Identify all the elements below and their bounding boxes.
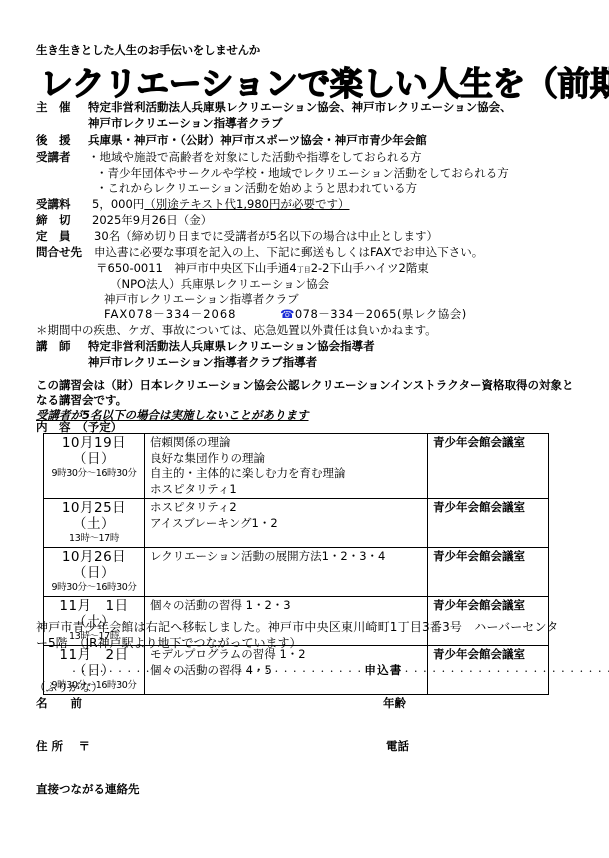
session-date: 10月19日（日）	[49, 435, 139, 467]
session-time: 9時30分～16時30分	[49, 581, 139, 595]
deadline-row: 締 切2025年9月26日（金）	[36, 213, 212, 228]
table-row: 10月26日（日） 9時30分～16時30分 レクリエーション活動の展開方法1・…	[44, 548, 549, 597]
date-cell: 10月25日（土） 13時～17時	[44, 499, 145, 548]
date-cell: 10月26日（日） 9時30分～16時30分	[44, 548, 145, 597]
age-label: 年齢	[383, 696, 406, 711]
support-row: 後 援兵庫県・神戸市・（公財）神戸市スポーツ協会・神戸市青少年会館	[36, 133, 427, 148]
topic: 個々の活動の習得 1・2・3	[150, 598, 422, 614]
address-part-1: 〒650-0011 神戸市中央区下山手通4	[96, 261, 297, 275]
session-time: 13時～17時	[49, 532, 139, 546]
organizer-text: 特定非営利活動法人兵庫県レクリエーション協会、神戸市レクリエーション協会、	[88, 100, 512, 114]
form-heading: 申込書	[364, 663, 402, 677]
direct-contact-label: 直接つながる連絡先	[36, 782, 140, 797]
fee-note: （別途テキスト代1,980円が必要です）	[144, 197, 349, 211]
instructor-label: 講 師	[36, 339, 88, 354]
place-cell: 青少年会館会議室	[428, 434, 549, 499]
audience-item-3: ・これからレクリエーション活動を始めようと思われている方	[96, 181, 417, 196]
topic: 自主的・主体的に楽しむ力を育む理論	[150, 466, 422, 482]
relocation-line-2: ー5階 （JR神戸駅より地下でつながっています）	[36, 636, 302, 651]
capacity-text: 30名（締め切り日までに受講者が5名以下の場合は中止とします）	[94, 229, 438, 243]
phone-label: 電話	[386, 739, 409, 754]
table-row: 10月19日（日） 9時30分～16時30分 信頼関係の理論 良好な集団作りの理…	[44, 434, 549, 499]
instructor-text: 特定非営利活動法人兵庫県レクリエーション協会指導者	[88, 339, 375, 353]
session-date: 10月26日（日）	[49, 549, 139, 581]
capacity-row: 定 員30名（締め切り日までに受講者が5名以下の場合は中止とします）	[36, 229, 438, 244]
contact-org-2: 神戸市レクリエーション指導者クラブ	[104, 292, 299, 307]
session-date: 10月25日（土）	[49, 500, 139, 532]
deadline-text: 2025年9月26日（金）	[92, 213, 212, 227]
session-time: 9時30分～16時30分	[49, 467, 139, 481]
audience-item-2: ・青少年団体やサークルや学校・地域でレクリエーション活動をしておられる方	[96, 166, 509, 181]
contact-org-1: （NPO法人）兵庫県レクリエーション協会	[110, 277, 329, 292]
audience-row: 受講者・地域や施設で高齢者を対象にした活動や指導をしておられる方	[36, 150, 422, 165]
notice-line-1: この講習会は（財）日本レクリエーション協会公認レクリエーションインストラクター資…	[36, 378, 574, 393]
relocation-line-1: 神戸市青少年会館は右記へ移転しました。神戸市中央区東川崎町1丁目3番3号 ハーバ…	[36, 620, 558, 635]
organizer-label: 主 催	[36, 100, 88, 115]
deadline-label: 締 切	[36, 213, 92, 228]
address-part-2: 2-2下山手ハイツ2階東	[311, 261, 429, 275]
table-row: 10月25日（土） 13時～17時 ホスピタリティ2 アイスブレーキング1・2 …	[44, 499, 549, 548]
content-cell: レクリエーション活動の展開方法1・2・3・4	[145, 548, 428, 597]
topic: 信頼関係の理論	[150, 435, 422, 451]
support-label: 後 援	[36, 133, 88, 148]
schedule-table: 10月19日（日） 9時30分～16時30分 信頼関係の理論 良好な集団作りの理…	[43, 433, 549, 695]
page-title: レクリエーションで楽しい人生を（前期）	[40, 58, 609, 105]
contact-row: 問合せ先申込書に必要な事項を記入の上、下記に郵送もしくはFAXでお申込下さい。	[36, 245, 483, 260]
fee-row: 受講料5，000円（別途テキスト代1,980円が必要です）	[36, 197, 349, 212]
contact-text: 申込書に必要な事項を記入の上、下記に郵送もしくはFAXでお申込下さい。	[94, 245, 483, 259]
content-cell: ホスピタリティ2 アイスブレーキング1・2	[145, 499, 428, 548]
dots-right: ・・・・・・・・・・・・・・・・・・・・・・・・・・・・・・・・	[403, 667, 609, 676]
audience-item-1: ・地域や施設で高齢者を対象にした活動や指導をしておられる方	[88, 150, 422, 164]
tagline: 生き生きとした人生のお手伝いをしませんか	[36, 42, 260, 58]
instructor-text-2: 神戸市レクリエーション指導者クラブ指導者	[88, 355, 317, 370]
place-cell: 青少年会館会議室	[428, 499, 549, 548]
contact-label: 問合せ先	[36, 245, 94, 260]
organizer-row: 主 催特定非営利活動法人兵庫県レクリエーション協会、神戸市レクリエーション協会、	[36, 100, 512, 115]
content-cell: 信頼関係の理論 良好な集団作りの理論 自主的・主体的に楽しむ力を育む理論 ホスピ…	[145, 434, 428, 499]
dots-left: ・・・・・・・・・・・・・・・・・・・・・・・・・・・・・・・・	[70, 667, 364, 676]
fee-label: 受講料	[36, 197, 92, 212]
phone-icon: ☎	[280, 307, 295, 321]
topic: 良好な集団作りの理論	[150, 451, 422, 467]
topic: ホスピタリティ1	[150, 482, 422, 498]
address-label: 住 所 〒	[36, 739, 90, 754]
contact-phone-number: 078－334－2065(県レク協会)	[295, 307, 467, 321]
contact-fax: FAX078－334－2068	[104, 307, 236, 322]
notice-line-2: なる講習会です。	[36, 393, 127, 408]
form-divider: ・・・・・・・・・・・・・・・・・・・・・・・・・・・・・・・・申込書・・・・・…	[70, 662, 609, 678]
address-part-sub: 丁目	[297, 266, 311, 274]
topic: レクリエーション活動の展開方法1・2・3・4	[150, 549, 422, 565]
date-cell: 10月19日（日） 9時30分～16時30分	[44, 434, 145, 499]
fee-amount: 5，000円	[92, 197, 144, 211]
name-label: 名 前	[36, 696, 82, 711]
topic: ホスピタリティ2	[150, 500, 422, 516]
capacity-label: 定 員	[36, 229, 94, 244]
instructor-row: 講 師特定非営利活動法人兵庫県レクリエーション協会指導者	[36, 339, 375, 354]
topic: アイスブレーキング1・2	[150, 516, 422, 532]
furigana-label: （ふりがな）	[34, 680, 103, 695]
audience-label: 受講者	[36, 150, 88, 165]
disclaimer: ＊期間中の疾患、ケガ、事故については、応急処置以外責任は負いかねます。	[36, 323, 437, 338]
contact-phone: ☎078－334－2065(県レク協会)	[280, 307, 467, 322]
place-cell: 青少年会館会議室	[428, 548, 549, 597]
support-text: 兵庫県・神戸市・（公財）神戸市スポーツ協会・神戸市青少年会館	[88, 133, 427, 147]
organizer-text-2: 神戸市レクリエーション指導者クラブ	[88, 116, 283, 131]
contact-address: 〒650-0011 神戸市中央区下山手通4丁目2-2下山手ハイツ2階東	[96, 261, 429, 278]
